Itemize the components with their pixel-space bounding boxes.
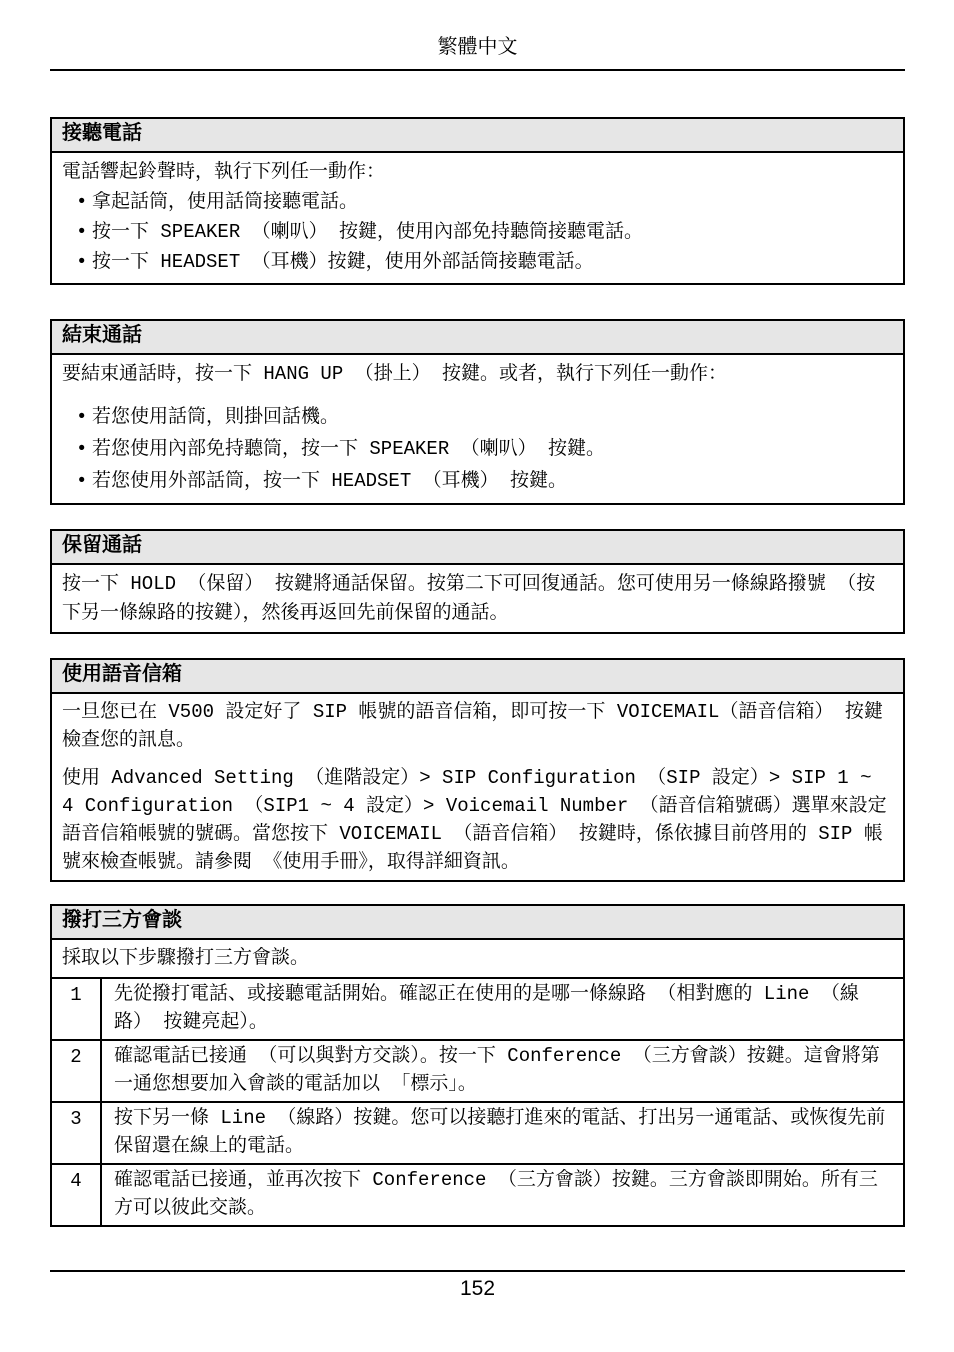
step-number: 3 (52, 1103, 102, 1163)
page-number: 152 (50, 1277, 905, 1301)
page-content: 繁體中文 接聽電話 電話響起鈴聲時，執行下列任一動作： 拿起話筒，使用話筒接聽電… (50, 0, 905, 1352)
section-holding-calls: 保留通話 按一下 HOLD （保留） 按鍵將通話保留。按第二下可回復通話。您可使… (50, 529, 905, 634)
section-intro: 電話響起鈴聲時，執行下列任一動作： (62, 158, 893, 187)
bullet-item: 拿起話筒，使用話筒接聽電話。 (62, 187, 893, 217)
section-paragraph: 使用 Advanced Setting （進階設定）> SIP Configur… (62, 764, 893, 876)
step-row: 1 先從撥打電話、或接聽電話開始。確認正在使用的是哪一條線路 （相對應的 Lin… (52, 979, 903, 1041)
section-title: 保留通話 (52, 531, 903, 565)
section-paragraph: 按一下 HOLD （保留） 按鍵將通話保留。按第二下可回復通話。您可使用另一條線… (62, 570, 893, 628)
section-body: 要結束通話時，按一下 HANG UP （掛上） 按鍵。或者，執行下列任一動作： … (52, 355, 903, 503)
step-row: 3 按下另一條 Line （線路）按鍵。您可以接聽打進來的電話、打出另一通電話、… (52, 1103, 903, 1165)
section-ending-calls: 結束通話 要結束通話時，按一下 HANG UP （掛上） 按鍵。或者，執行下列任… (50, 319, 905, 505)
bullet-item: 按一下 HEADSET （耳機）按鍵，使用外部話筒接聽電話。 (62, 247, 893, 277)
running-header: 繁體中文 (50, 0, 905, 71)
section-title: 使用語音信箱 (52, 660, 903, 694)
step-text: 確認電話已接通，並再次按下 Conference （三方會談）按鍵。三方會談即開… (102, 1165, 903, 1225)
section-body: 按一下 HOLD （保留） 按鍵將通話保留。按第二下可回復通話。您可使用另一條線… (52, 565, 903, 632)
section-answering-calls: 接聽電話 電話響起鈴聲時，執行下列任一動作： 拿起話筒，使用話筒接聽電話。 按一… (50, 117, 905, 285)
step-text: 先從撥打電話、或接聽電話開始。確認正在使用的是哪一條線路 （相對應的 Line … (102, 979, 903, 1039)
step-text: 按下另一條 Line （線路）按鍵。您可以接聽打進來的電話、打出另一通電話、或恢… (102, 1103, 903, 1163)
step-row: 4 確認電話已接通，並再次按下 Conference （三方會談）按鍵。三方會談… (52, 1165, 903, 1225)
section-body: 一旦您已在 V500 設定好了 SIP 帳號的語音信箱，即可按一下 VOICEM… (52, 694, 903, 880)
section-three-way-conference: 撥打三方會談 採取以下步驟撥打三方會談。 1 先從撥打電話、或接聽電話開始。確認… (50, 904, 905, 1227)
steps-intro: 採取以下步驟撥打三方會談。 (52, 940, 903, 979)
step-row: 2 確認電話已接通 （可以與對方交談）。按一下 Conference （三方會談… (52, 1041, 903, 1103)
step-number: 2 (52, 1041, 102, 1101)
bullet-item: 按一下 SPEAKER （喇叭） 按鍵，使用內部免持聽筒接聽電話。 (62, 217, 893, 247)
bullet-item: 若您使用話筒，則掛回話機。 (62, 401, 893, 433)
page-title: 繁體中文 (438, 37, 518, 60)
section-body: 電話響起鈴聲時，執行下列任一動作： 拿起話筒，使用話筒接聽電話。 按一下 SPE… (52, 153, 903, 283)
step-text: 確認電話已接通 （可以與對方交談）。按一下 Conference （三方會談）按… (102, 1041, 903, 1101)
section-title: 結束通話 (52, 321, 903, 355)
section-title: 撥打三方會談 (52, 906, 903, 940)
step-number: 1 (52, 979, 102, 1039)
bullet-item: 若您使用外部話筒，按一下 HEADSET （耳機） 按鍵。 (62, 465, 893, 497)
steps-table: 1 先從撥打電話、或接聽電話開始。確認正在使用的是哪一條線路 （相對應的 Lin… (52, 979, 903, 1225)
footer-rule (50, 1270, 905, 1272)
bullet-list: 拿起話筒，使用話筒接聽電話。 按一下 SPEAKER （喇叭） 按鍵，使用內部免… (62, 187, 893, 277)
bullet-list: 若您使用話筒，則掛回話機。 若您使用內部免持聽筒，按一下 SPEAKER （喇叭… (62, 401, 893, 497)
page-footer: 152 (50, 1270, 905, 1301)
bullet-item: 若您使用內部免持聽筒，按一下 SPEAKER （喇叭） 按鍵。 (62, 433, 893, 465)
section-title: 接聽電話 (52, 119, 903, 153)
section-voicemail: 使用語音信箱 一旦您已在 V500 設定好了 SIP 帳號的語音信箱，即可按一下… (50, 658, 905, 882)
section-paragraph: 一旦您已在 V500 設定好了 SIP 帳號的語音信箱，即可按一下 VOICEM… (62, 698, 893, 754)
section-intro: 要結束通話時，按一下 HANG UP （掛上） 按鍵。或者，執行下列任一動作： (62, 360, 893, 389)
step-number: 4 (52, 1165, 102, 1225)
